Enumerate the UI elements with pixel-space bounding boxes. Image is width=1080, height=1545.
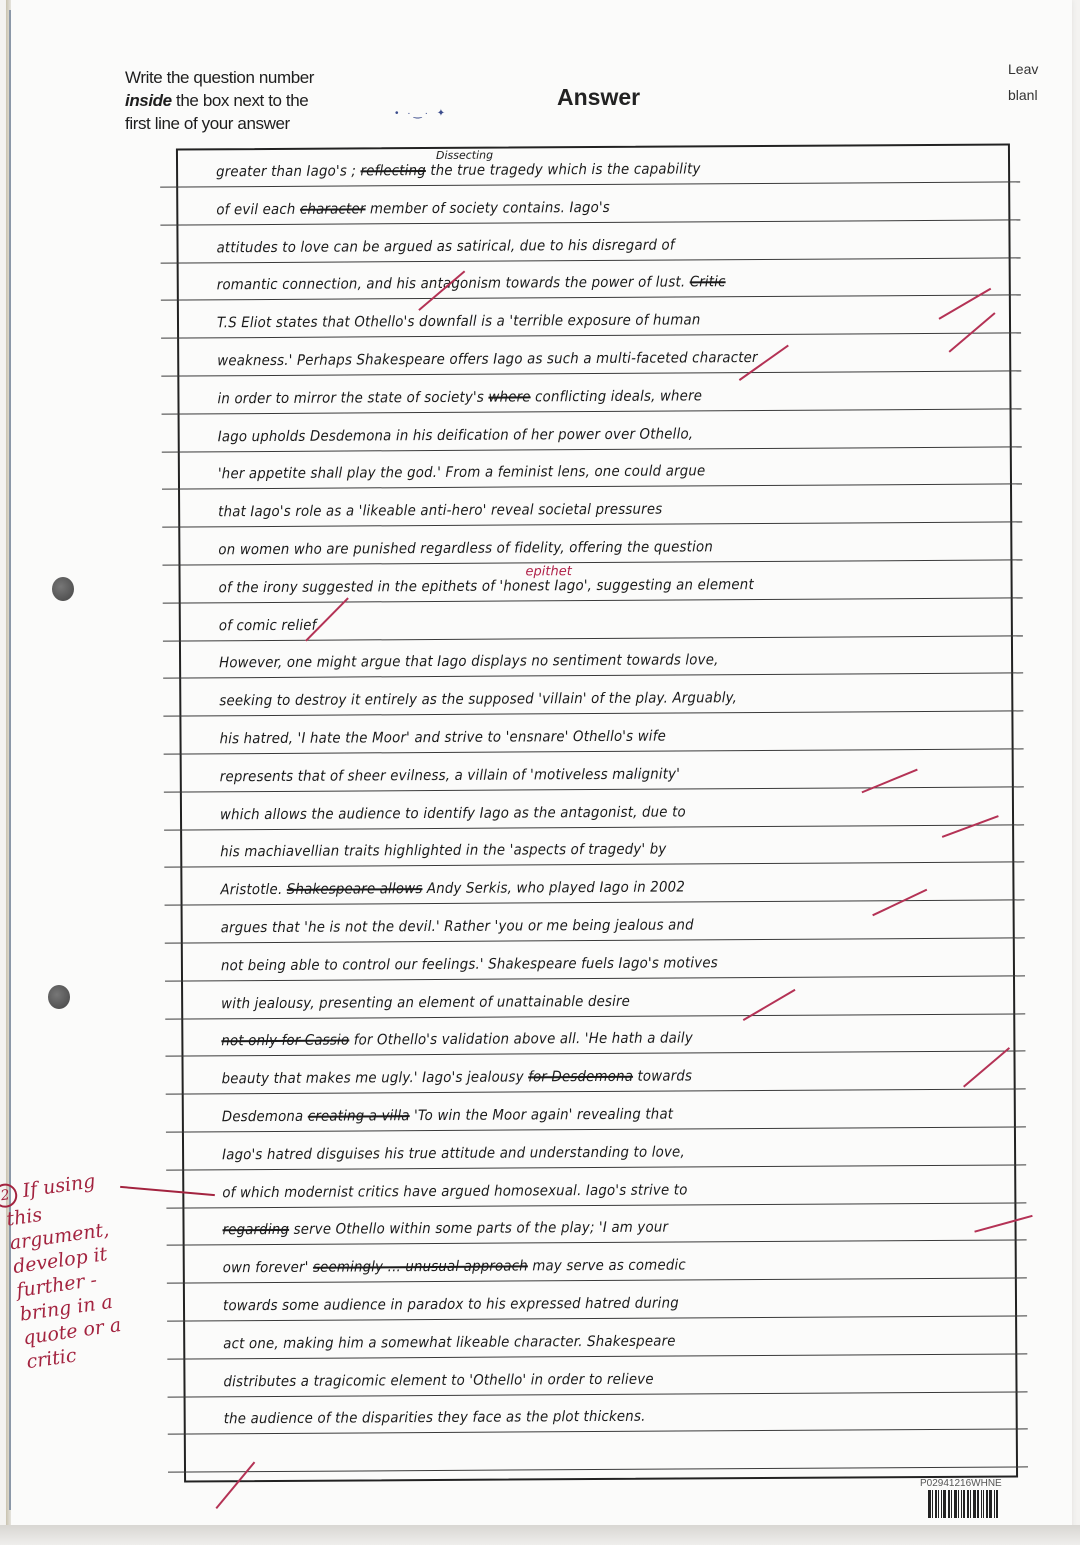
ruled-line	[166, 1089, 1026, 1095]
handwritten-line: regarding serve Othello within some part…	[222, 1218, 949, 1238]
handwritten-line: attitudes to love can be argued as satir…	[216, 235, 943, 255]
instruction-line-2-rest: the box next to the	[172, 91, 309, 110]
handwritten-line: of which modernist critics have argued h…	[222, 1180, 949, 1200]
ruled-line	[165, 937, 1025, 943]
ruled-line	[161, 295, 1021, 301]
teacher-margin-comment: 2If usingthisargument,develop itfurther …	[0, 1158, 197, 1375]
ruled-line	[164, 824, 1024, 830]
barcode-bar	[941, 1490, 942, 1518]
ruled-line	[164, 748, 1024, 754]
ruled-line	[163, 635, 1023, 641]
page-title: Answer	[557, 84, 640, 111]
handwritten-line: which allows the audience to identify Ia…	[220, 802, 947, 822]
ruled-line	[162, 559, 1022, 565]
ruled-line	[166, 1164, 1026, 1170]
barcode-bar	[973, 1490, 976, 1518]
barcode-bar	[967, 1490, 969, 1518]
ink-specks: • ·‿· ✦	[395, 108, 448, 119]
barcode-bar	[935, 1490, 937, 1518]
barcode-bar	[954, 1490, 957, 1518]
handwritten-line: his machiavellian traits highlighted in …	[220, 840, 947, 860]
teacher-tick-mark	[963, 1047, 1010, 1087]
handwritten-line: seeking to destroy it entirely as the su…	[219, 689, 946, 709]
leave-blank-line-2: blanl	[1008, 82, 1038, 108]
ruled-line	[167, 1353, 1027, 1359]
handwritten-line: Aristotle. Shakespeare allows Andy Serki…	[220, 878, 947, 898]
handwritten-line: not only for Cassio for Othello's valida…	[221, 1029, 948, 1049]
ruled-line	[164, 786, 1024, 792]
barcode-bar	[943, 1490, 946, 1518]
handwritten-line: argues that 'he is not the devil.' Rathe…	[221, 916, 948, 936]
punch-hole	[52, 577, 74, 601]
leave-blank-line-1: Leav	[1008, 56, 1038, 82]
handwritten-line: own forever' seemingly ... unusual appro…	[223, 1256, 950, 1276]
handwritten-line: distributes a tragicomic element to 'Oth…	[223, 1369, 950, 1389]
teacher-tick-mark	[942, 815, 999, 838]
barcode-bar	[938, 1490, 939, 1518]
handwritten-line: of the irony suggested in the epithets o…	[219, 576, 946, 596]
ruled-line	[164, 862, 1024, 868]
ruled-line	[161, 257, 1021, 263]
instruction-line-2: inside the box next to the	[125, 89, 355, 112]
ruled-line	[167, 1240, 1027, 1246]
handwritten-line: greater than Iago's ; reflecting the tru…	[216, 160, 943, 180]
barcode-bar	[951, 1490, 952, 1518]
handwritten-line: represents that of sheer evilness, a vil…	[220, 765, 947, 785]
barcode-bar	[970, 1490, 971, 1518]
punch-hole	[48, 985, 70, 1009]
ruled-line	[162, 446, 1022, 452]
ruled-line	[161, 333, 1021, 339]
handwritten-line: that Iago's role as a 'likeable anti-her…	[218, 500, 945, 520]
handwritten-insertion: Dissecting	[436, 149, 493, 162]
handwritten-line: not being able to control our feelings.'…	[221, 954, 948, 974]
barcode-text: P02941216WHNE	[920, 1478, 1002, 1489]
ruled-line	[162, 484, 1022, 490]
barcode-bar	[981, 1490, 982, 1518]
barcode-bar	[963, 1490, 965, 1518]
handwritten-line: in order to mirror the state of society'…	[217, 387, 944, 407]
barcode-bar	[983, 1490, 984, 1518]
ruled-line	[161, 370, 1021, 376]
ruled-line	[166, 1202, 1026, 1208]
handwritten-line: weakness.' Perhaps Shakespeare offers Ia…	[217, 349, 944, 369]
barcode	[928, 1490, 1008, 1518]
instruction-emphasis: inside	[125, 91, 172, 110]
ruled-line	[165, 1013, 1025, 1019]
barcode-bar	[994, 1490, 995, 1518]
handwritten-line: Desdemona creating a villa 'To win the M…	[222, 1105, 949, 1125]
ruled-line	[167, 1278, 1027, 1284]
ruled-line	[166, 1126, 1026, 1132]
handwritten-line: 'her appetite shall play the god.' From …	[218, 462, 945, 482]
barcode-bar	[958, 1490, 959, 1518]
instruction-line-1: Write the question number	[125, 66, 355, 89]
handwritten-insertion: epithet	[525, 564, 571, 579]
barcode-bar	[986, 1490, 988, 1518]
ruled-line	[165, 975, 1025, 981]
handwritten-line: the audience of the disparities they fac…	[224, 1407, 951, 1427]
leave-blank-label: Leav blanl	[1008, 56, 1038, 108]
ruled-line	[160, 219, 1020, 225]
ruled-line	[163, 711, 1023, 717]
handwritten-line: beauty that makes me ugly.' Iago's jealo…	[222, 1067, 949, 1087]
ruled-line	[160, 181, 1020, 187]
ruled-line	[168, 1467, 1028, 1473]
barcode-bar	[928, 1490, 931, 1518]
handwritten-line: with jealousy, presenting an element of …	[221, 991, 948, 1011]
handwritten-line: his hatred, 'I hate the Moor' and strive…	[219, 727, 946, 747]
ruled-line	[167, 1315, 1027, 1321]
teacher-tick-mark	[938, 288, 991, 320]
handwritten-line: romantic connection, and his antagonism …	[217, 273, 944, 293]
handwritten-line: T.S Eliot states that Othello's downfall…	[217, 311, 944, 331]
handwritten-line: of evil each character member of society…	[216, 198, 943, 218]
ruled-line	[168, 1391, 1028, 1397]
page-bottom-shadow	[0, 1525, 1080, 1545]
barcode-bar	[948, 1490, 950, 1518]
barcode-bar	[932, 1490, 933, 1518]
barcode-bar	[996, 1490, 998, 1518]
handwritten-line: Iago upholds Desdemona in his deificatio…	[218, 424, 945, 444]
handwritten-line: Iago's hatred disguises his true attitud…	[222, 1143, 949, 1163]
handwritten-line: on women who are punished regardless of …	[218, 538, 945, 558]
handwritten-line: However, one might argue that Iago displ…	[219, 651, 946, 671]
handwritten-line: act one, making him a somewhat likeable …	[223, 1332, 950, 1352]
instruction-line-3: first line of your answer	[125, 112, 355, 135]
ruled-line	[165, 1051, 1025, 1057]
ruled-line	[162, 408, 1022, 414]
ruled-line	[168, 1429, 1028, 1435]
barcode-bar	[961, 1490, 962, 1518]
handwritten-line: towards some audience in paradox to his …	[223, 1294, 950, 1314]
answer-box: greater than Iago's ; reflecting the tru…	[176, 143, 1018, 1482]
barcode-bar	[977, 1490, 979, 1518]
ruled-line	[163, 673, 1023, 679]
answer-instructions: Write the question number inside the box…	[125, 66, 355, 135]
ruled-line	[162, 522, 1022, 528]
barcode-bar	[989, 1490, 992, 1518]
ruled-line	[163, 597, 1023, 603]
